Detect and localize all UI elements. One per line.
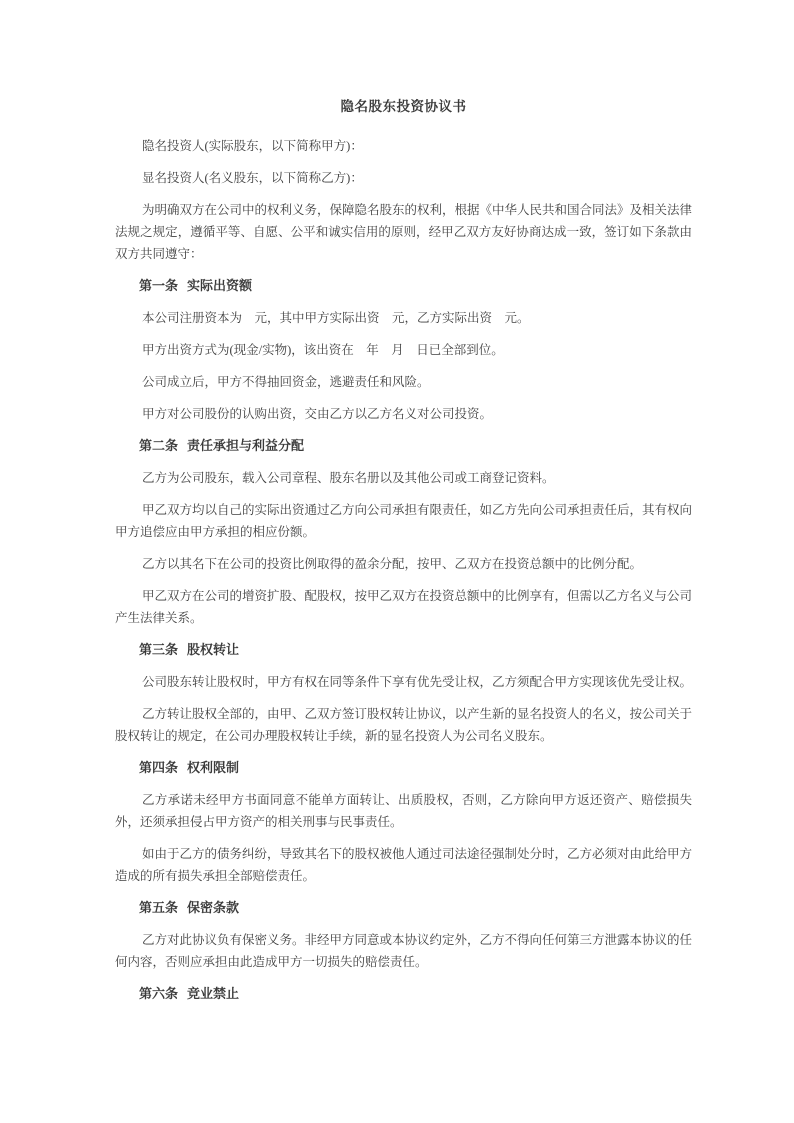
document-page: 隐名股东投资协议书 隐名投资人(实际股东，以下简称甲方)： 显名投资人(名义股东… — [0, 0, 794, 1123]
section-4-heading: 第四条权利限制 — [115, 757, 692, 779]
section-3-paragraph: 乙方转让股权全部的，由甲、乙双方签订股权转让协议，以产生新的显名投资人的名义，按… — [115, 703, 692, 747]
section-1-paragraph: 甲方对公司股份的认购出资，交由乙方以乙方名义对公司投资。 — [115, 403, 692, 425]
section-1-number: 第一条 — [139, 278, 178, 293]
party-line-a: 隐名投资人(实际股东，以下简称甲方)： — [115, 135, 692, 157]
section-3: 第三条股权转让 公司股东转让股权时，甲方有权在同等条件下享有优先受让权，乙方须配… — [115, 639, 692, 747]
section-5: 第五条保密条款 乙方对此协议负有保密义务。非经甲方同意或本协议约定外，乙方不得向… — [115, 897, 692, 973]
party-line-b: 显名投资人(名义股东，以下简称乙方)： — [115, 167, 692, 189]
section-1: 第一条实际出资额 本公司注册资本为 元，其中甲方实际出资 元，乙方实际出资 元。… — [115, 275, 692, 425]
section-2-number: 第二条 — [139, 438, 178, 453]
section-1-paragraph: 本公司注册资本为 元，其中甲方实际出资 元，乙方实际出资 元。 — [115, 307, 692, 329]
section-3-number: 第三条 — [139, 642, 178, 657]
section-2-paragraph: 甲乙双方在公司的增资扩股、配股权，按甲乙双方在投资总额中的比例享有，但需以乙方名… — [115, 585, 692, 629]
section-5-number: 第五条 — [139, 900, 178, 915]
section-1-paragraph: 公司成立后，甲方不得抽回资金，逃避责任和风险。 — [115, 371, 692, 393]
section-2-paragraph: 乙方以其名下在公司的投资比例取得的盈余分配，按甲、乙双方在投资总额中的比例分配。 — [115, 553, 692, 575]
section-1-title: 实际出资额 — [187, 278, 252, 293]
section-3-title: 股权转让 — [187, 642, 239, 657]
section-2-paragraph: 甲乙双方均以自己的实际出资通过乙方向公司承担有限责任，如乙方先向公司承担责任后，… — [115, 499, 692, 543]
section-3-heading: 第三条股权转让 — [115, 639, 692, 661]
section-6-title: 竞业禁止 — [187, 986, 239, 1001]
section-2-paragraph: 乙方为公司股东，载入公司章程、股东名册以及其他公司或工商登记资料。 — [115, 467, 692, 489]
section-4-number: 第四条 — [139, 760, 178, 775]
section-2: 第二条责任承担与利益分配 乙方为公司股东，载入公司章程、股东名册以及其他公司或工… — [115, 435, 692, 629]
section-6: 第六条竞业禁止 — [115, 983, 692, 1005]
section-5-heading: 第五条保密条款 — [115, 897, 692, 919]
section-4-paragraph: 乙方承诺未经甲方书面同意不能单方面转让、出质股权，否则，乙方除向甲方返还资产、赔… — [115, 789, 692, 833]
document-title: 隐名股东投资协议书 — [115, 97, 692, 117]
section-2-heading: 第二条责任承担与利益分配 — [115, 435, 692, 457]
section-1-paragraph: 甲方出资方式为(现金/实物)，该出资在 年 月 日已全部到位。 — [115, 339, 692, 361]
section-4: 第四条权利限制 乙方承诺未经甲方书面同意不能单方面转让、出质股权，否则，乙方除向… — [115, 757, 692, 887]
preamble-paragraph: 为明确双方在公司中的权利义务，保障隐名股东的权利，根据《中华人民共和国合同法》及… — [115, 199, 692, 265]
section-3-paragraph: 公司股东转让股权时，甲方有权在同等条件下享有优先受让权，乙方须配合甲方实现该优先… — [115, 671, 692, 693]
section-4-paragraph: 如由于乙方的债务纠纷，导致其名下的股权被他人通过司法途径强制处分时，乙方必须对由… — [115, 843, 692, 887]
section-5-paragraph: 乙方对此协议负有保密义务。非经甲方同意或本协议约定外，乙方不得向任何第三方泄露本… — [115, 929, 692, 973]
section-5-title: 保密条款 — [187, 900, 239, 915]
section-1-heading: 第一条实际出资额 — [115, 275, 692, 297]
section-6-heading: 第六条竞业禁止 — [115, 983, 692, 1005]
section-6-number: 第六条 — [139, 986, 178, 1001]
section-4-title: 权利限制 — [187, 760, 239, 775]
section-2-title: 责任承担与利益分配 — [187, 438, 304, 453]
